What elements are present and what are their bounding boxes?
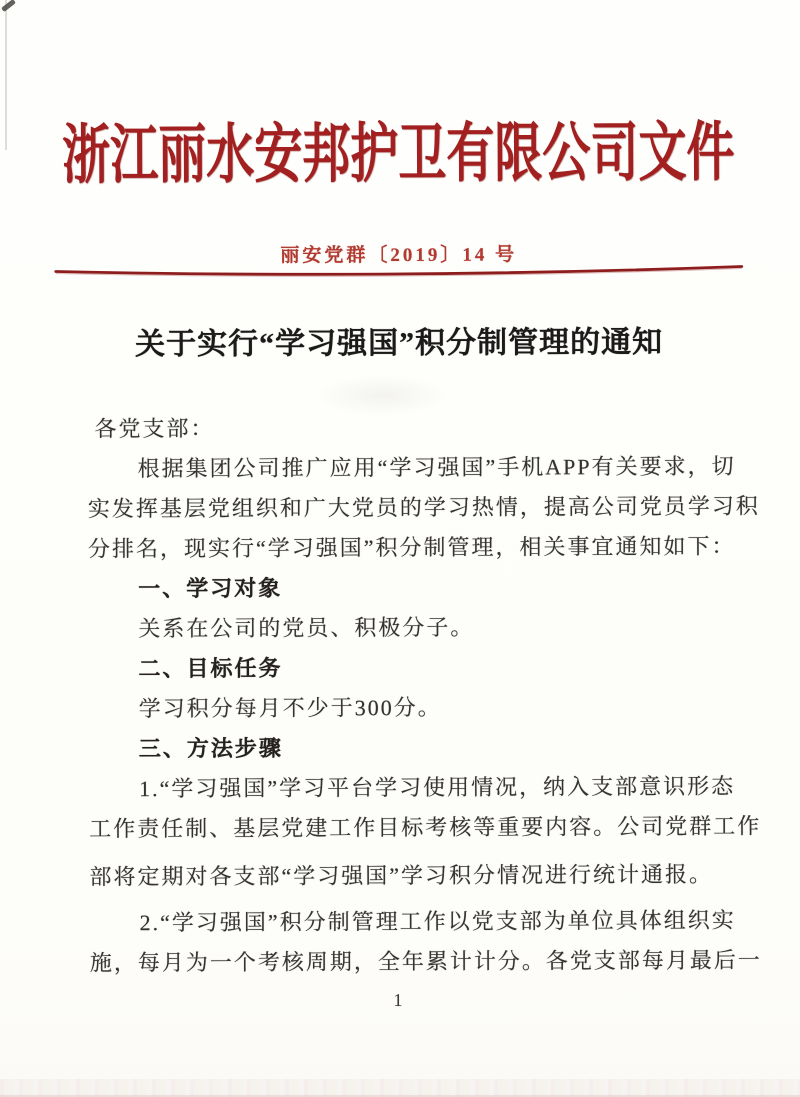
body-line: 2.“学习强国”积分制管理工作以党支部为单位具体组织实: [90, 900, 750, 943]
body-heading-1: 一、学习对象: [88, 566, 748, 609]
body-line: 实发挥基层党组织和广大党员的学习热情，提高公司党员学习积: [88, 486, 748, 529]
body-line: 工作责任制、基层党建工作目标考核等重要内容。公司党群工作: [89, 806, 749, 849]
body-line: 1.“学习强国”学习平台学习使用情况，纳入支部意识形态: [89, 766, 749, 809]
body-line: 根据集团公司推广应用“学习强国”手机APP有关要求，切: [88, 446, 748, 489]
red-separator-rule: [54, 261, 744, 282]
body-line-salutation: 各党支部：: [87, 406, 747, 449]
body-line: 学习积分每月不少于300分。: [89, 686, 749, 729]
document-title: 关于实行“学习强国”积分制管理的通知: [0, 316, 799, 363]
body-heading-2: 二、目标任务: [88, 646, 748, 689]
document-body: 各党支部： 根据集团公司推广应用“学习强国”手机APP有关要求，切 实发挥基层党…: [87, 406, 749, 983]
scanned-document-page: 浙江丽水安邦护卫有限公司文件 丽安党群〔2019〕14 号 关于实行“学习强国”…: [0, 0, 800, 1097]
body-heading-3: 三、方法步骤: [89, 726, 749, 769]
body-line: 施，每月为一个考核周期，全年累计计分。各党支部每月最后一: [90, 940, 750, 983]
letterhead-org-title: 浙江丽水安邦护卫有限公司文件: [0, 101, 798, 184]
body-line: 关系在公司的党员、积极分子。: [88, 606, 748, 649]
document-content: 浙江丽水安邦护卫有限公司文件 丽安党群〔2019〕14 号 关于实行“学习强国”…: [0, 0, 800, 1097]
scan-bottom-noise: [0, 1079, 800, 1097]
body-line: 部将定期对各支部“学习强国”学习积分情况进行统计通报。: [89, 854, 749, 897]
page-number: 1: [2, 988, 794, 1012]
letterhead-org-title-text: 浙江丽水安邦护卫有限公司文件: [62, 102, 735, 197]
body-line: 分排名，现实行“学习强国”积分制管理，相关事宜通知如下：: [88, 526, 748, 569]
